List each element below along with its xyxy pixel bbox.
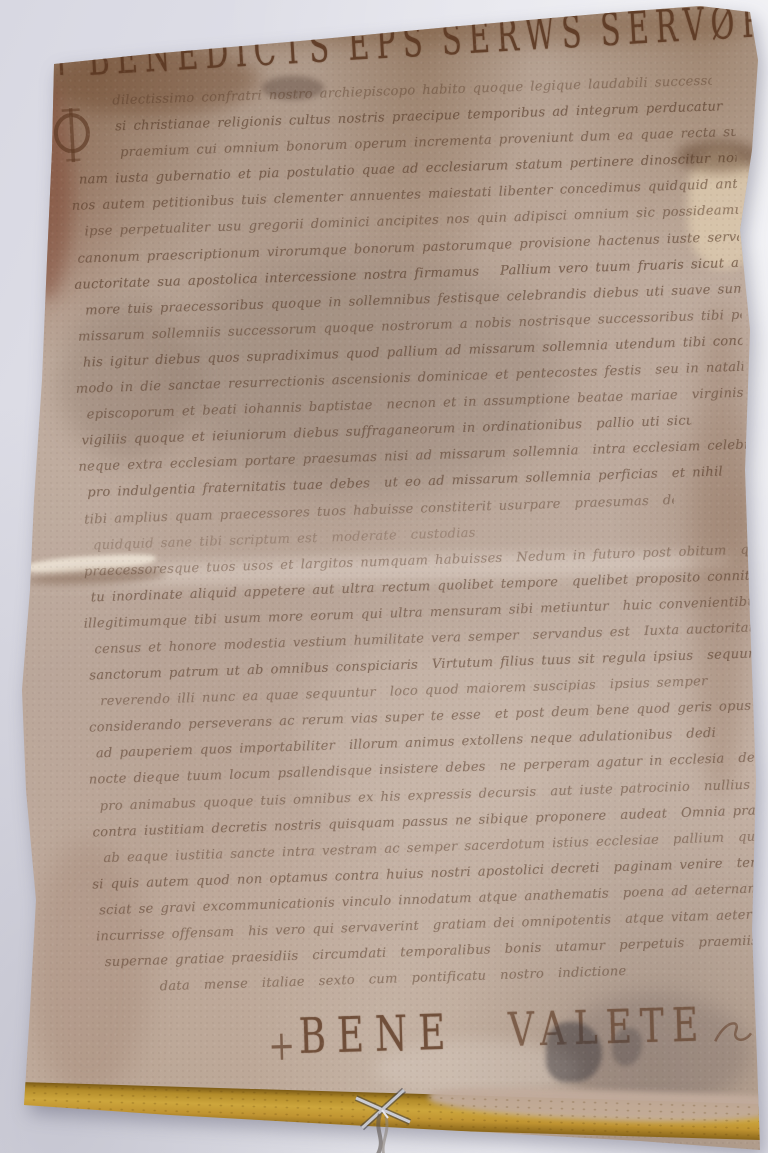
parchment-sheet: + BENEDICTS EPS SERWS SERVØRVM dilectiss… <box>0 0 768 1153</box>
parchment-grain-texture <box>0 0 768 1153</box>
seal-cord-knot <box>342 1076 426 1153</box>
photo-of-papal-charter: + BENEDICTS EPS SERWS SERVØRVM dilectiss… <box>0 0 768 1153</box>
parchment-shadow-wrap: + BENEDICTS EPS SERWS SERVØRVM dilectiss… <box>0 0 768 1153</box>
